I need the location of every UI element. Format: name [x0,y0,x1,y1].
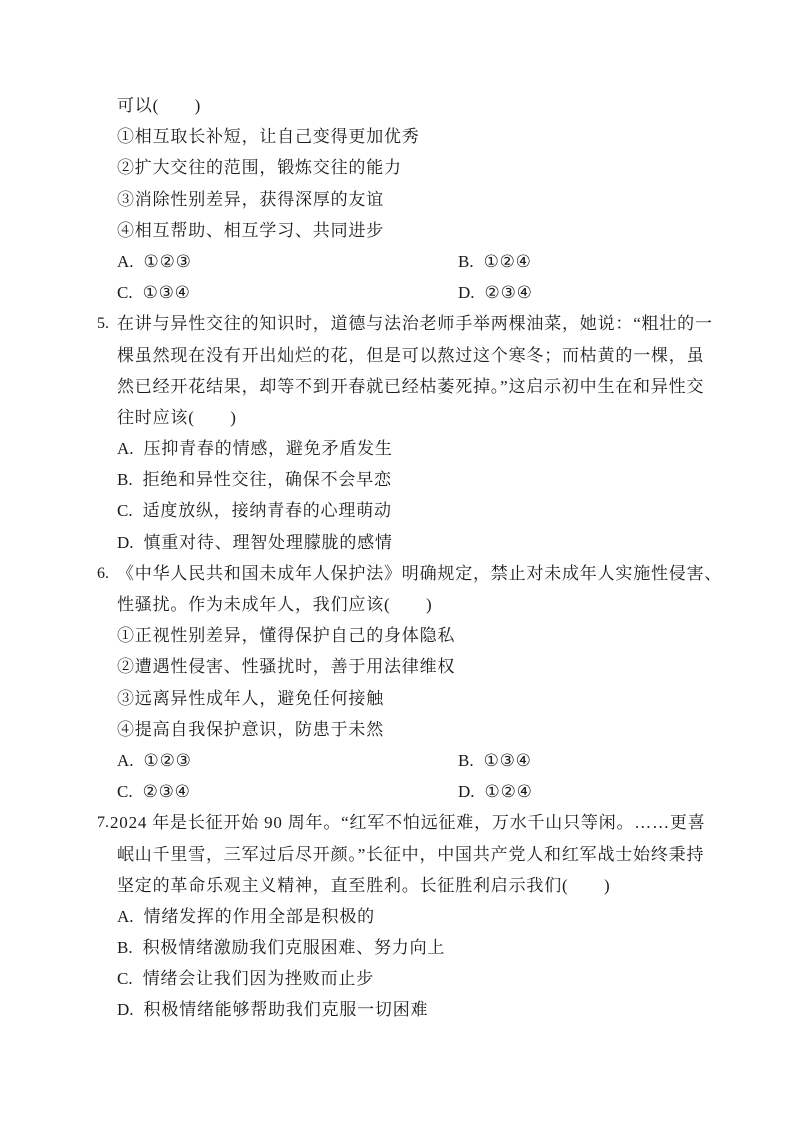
option-value: ①③④ [484,751,532,770]
option-value: 压抑青春的情感，避免矛盾发生 [144,439,393,458]
option-a: A.压抑青春的情感，避免矛盾发生 [117,433,757,464]
option-value: 情绪会让我们因为挫败而止步 [143,969,374,988]
option-label: A. [117,433,134,464]
option-d: D.②③④ [458,277,533,308]
exam-page-content: 可以( ) ①相互取长补短，让自己变得更加优秀 ②扩大交往的范围，锻炼交往的能力… [0,90,793,1026]
question-5: 5. 在讲与异性交往的知识时，道德与法治老师手举两棵油菜，她说：“粗壮的一 棵虽… [0,308,793,558]
question-number: 6. [97,558,109,589]
option-b: B.①③④ [458,745,532,776]
option-b: B.拒绝和异性交往，确保不会早恋 [117,464,757,495]
statement-item-1: ①相互取长补短，让自己变得更加优秀 [117,121,757,152]
option-value: ①③④ [143,283,191,302]
option-value: ①②③ [144,252,192,271]
statement-item-4: ④相互帮助、相互学习、共同进步 [117,215,757,246]
question-number: 7. [97,807,109,838]
stem-line: 《中华人民共和国未成年人保护法》明确规定，禁止对未成年人实施性侵害、 [117,558,757,589]
option-label: C. [117,277,133,308]
option-value: ②③④ [485,283,533,302]
option-c: C.②③④ [117,776,458,807]
stem-line: 可以( ) [117,90,757,121]
statement-item-2: ②扩大交往的范围，锻炼交往的能力 [117,152,757,183]
option-value: 适度放纵，接纳青春的心理萌动 [143,501,392,520]
option-label: A. [117,745,134,776]
stem-line: 棵虽然现在没有开出灿烂的花，但是可以熬过这个寒冬；而枯黄的一棵，虽 [117,340,757,371]
option-value: 拒绝和异性交往，确保不会早恋 [143,470,392,489]
option-b: B.①②④ [458,246,532,277]
stem-line: 性骚扰。作为未成年人，我们应该( ) [117,589,757,620]
stem-line: 岷山千里雪，三军过后尽开颜。”长征中，中国共产党人和红军战士始终秉持 [117,839,757,870]
question-4-tail: 可以( ) ①相互取长补短，让自己变得更加优秀 ②扩大交往的范围，锻炼交往的能力… [0,90,793,308]
option-label: B. [117,932,133,963]
option-value: ①②④ [484,252,532,271]
statement-item-2: ②遭遇性侵害、性骚扰时，善于用法律维权 [117,651,757,682]
option-label: A. [117,246,134,277]
option-row: C.①③④ D.②③④ [117,277,757,308]
option-label: D. [117,994,134,1025]
option-row: C.②③④ D.①②④ [117,776,757,807]
option-label: A. [117,901,134,932]
statement-item-1: ①正视性别差异，懂得保护自己的身体隐私 [117,620,757,651]
option-label: C. [117,963,133,994]
stem-line: 2024 年是长征开始 90 周年。“红军不怕远征难，万水千山只等闲。……更喜 [110,807,750,838]
option-value: 慎重对待、理智处理朦胧的感情 [144,533,393,552]
stem-line: 在讲与异性交往的知识时，道德与法治老师手举两棵油菜，她说：“粗壮的一 [117,308,757,339]
statement-item-3: ③远离异性成年人，避免任何接触 [117,683,757,714]
statement-item-3: ③消除性别差异，获得深厚的友谊 [117,184,757,215]
option-b: B.积极情绪激励我们克服困难、努力向上 [117,932,757,963]
option-d: D.①②④ [458,776,533,807]
question-7: 7. 2024 年是长征开始 90 周年。“红军不怕远征难，万水千山只等闲。……… [0,807,793,1025]
option-label: D. [458,776,475,807]
option-label: D. [117,527,134,558]
option-label: D. [458,277,475,308]
option-label: C. [117,495,133,526]
stem-line: 往时应该( ) [117,402,757,433]
option-value: 积极情绪激励我们克服困难、努力向上 [143,938,446,957]
option-value: ①②③ [144,751,192,770]
option-a: A.①②③ [117,745,458,776]
option-value: ②③④ [143,782,191,801]
option-a: A.情绪发挥的作用全部是积极的 [117,901,757,932]
option-d: D.慎重对待、理智处理朦胧的感情 [117,527,757,558]
question-number: 5. [97,308,109,339]
option-label: B. [117,464,133,495]
option-a: A.①②③ [117,246,458,277]
option-value: ①②④ [485,782,533,801]
option-c: C.情绪会让我们因为挫败而止步 [117,963,757,994]
option-value: 积极情绪能够帮助我们克服一切困难 [144,1000,429,1019]
stem-line: 然已经开花结果，却等不到开春就已经枯萎死掉。”这启示初中生在和异性交 [117,371,757,402]
option-c: C.适度放纵，接纳青春的心理萌动 [117,495,757,526]
option-value: 情绪发挥的作用全部是积极的 [144,907,375,926]
stem-line: 坚定的革命乐观主义精神，直至胜利。长征胜利启示我们( ) [117,870,757,901]
option-d: D.积极情绪能够帮助我们克服一切困难 [117,994,757,1025]
option-c: C.①③④ [117,277,458,308]
option-label: C. [117,776,133,807]
option-label: B. [458,745,474,776]
option-label: B. [458,246,474,277]
option-row: A.①②③ B.①②④ [117,246,757,277]
statement-item-4: ④提高自我保护意识，防患于未然 [117,714,757,745]
question-6: 6. 《中华人民共和国未成年人保护法》明确规定，禁止对未成年人实施性侵害、 性骚… [0,558,793,808]
option-row: A.①②③ B.①③④ [117,745,757,776]
